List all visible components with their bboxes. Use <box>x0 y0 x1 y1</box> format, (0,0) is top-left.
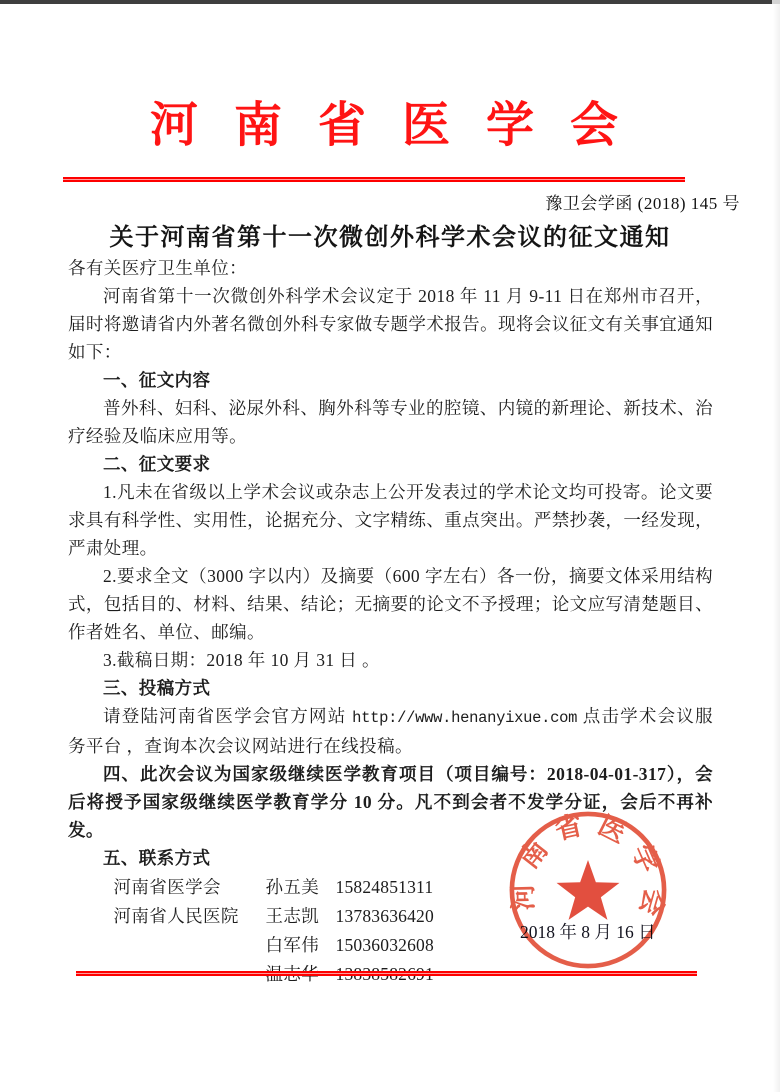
ref-number: 豫卫会学函 (2018) 145 号 <box>545 189 740 214</box>
document-page: 河 南 省 医 学 会 豫卫会学函 (2018) 145 号 关于河南省第十一次… <box>0 0 780 1092</box>
contact-org: 河南省医学会 <box>114 873 266 902</box>
requirement-item-1: 1.凡未在省级以上学术会议或杂志上公开发表过的学术论文均可投寄。论文要求具有科学… <box>68 478 713 562</box>
contact-org: 河南省人民医院 <box>114 902 266 931</box>
org-name: 河 南 省 医 学 会 <box>0 86 780 155</box>
section-1-body: 普外科、妇科、泌尿外科、胸外科等专业的腔镜、内镜的新理论、新技术、治疗经验及临床… <box>68 394 713 450</box>
intro-paragraph: 河南省第十一次微创外科学术会议定于 2018 年 11 月 9-11 日在郑州市… <box>68 282 713 366</box>
doc-title: 关于河南省第十一次微创外科学术会议的征文通知 <box>0 217 780 252</box>
official-stamp: 河南省医学会 <box>500 802 676 978</box>
section-3-heading: 三、投稿方式 <box>68 674 713 702</box>
header-divider <box>63 177 685 182</box>
page-top-border <box>0 0 772 4</box>
submission-paragraph: 请登陆河南省医学会官方网站 http://www.henanyixue.com … <box>68 702 713 760</box>
requirement-item-3: 3.截稿日期：2018 年 10 月 31 日 。 <box>68 646 713 674</box>
stamp-star-icon <box>557 860 620 920</box>
contact-name: 白军伟 <box>266 931 336 960</box>
contact-org <box>114 931 266 960</box>
website-url: http://www.henanyixue.com <box>352 709 577 727</box>
salutation: 各有关医疗卫生单位： <box>68 254 713 282</box>
page-edge-shadow <box>773 4 780 1092</box>
submission-text-pre: 请登陆河南省医学会官方网站 <box>103 706 352 726</box>
contact-name: 孙五美 <box>266 873 336 902</box>
requirement-item-2: 2.要求全文（3000 字以内）及摘要（600 字左右）各一份，摘要文体采用结构… <box>68 562 713 646</box>
section-1-heading: 一、征文内容 <box>68 366 713 394</box>
section-2-heading: 二、征文要求 <box>68 450 713 478</box>
contact-name: 王志凯 <box>266 902 336 931</box>
